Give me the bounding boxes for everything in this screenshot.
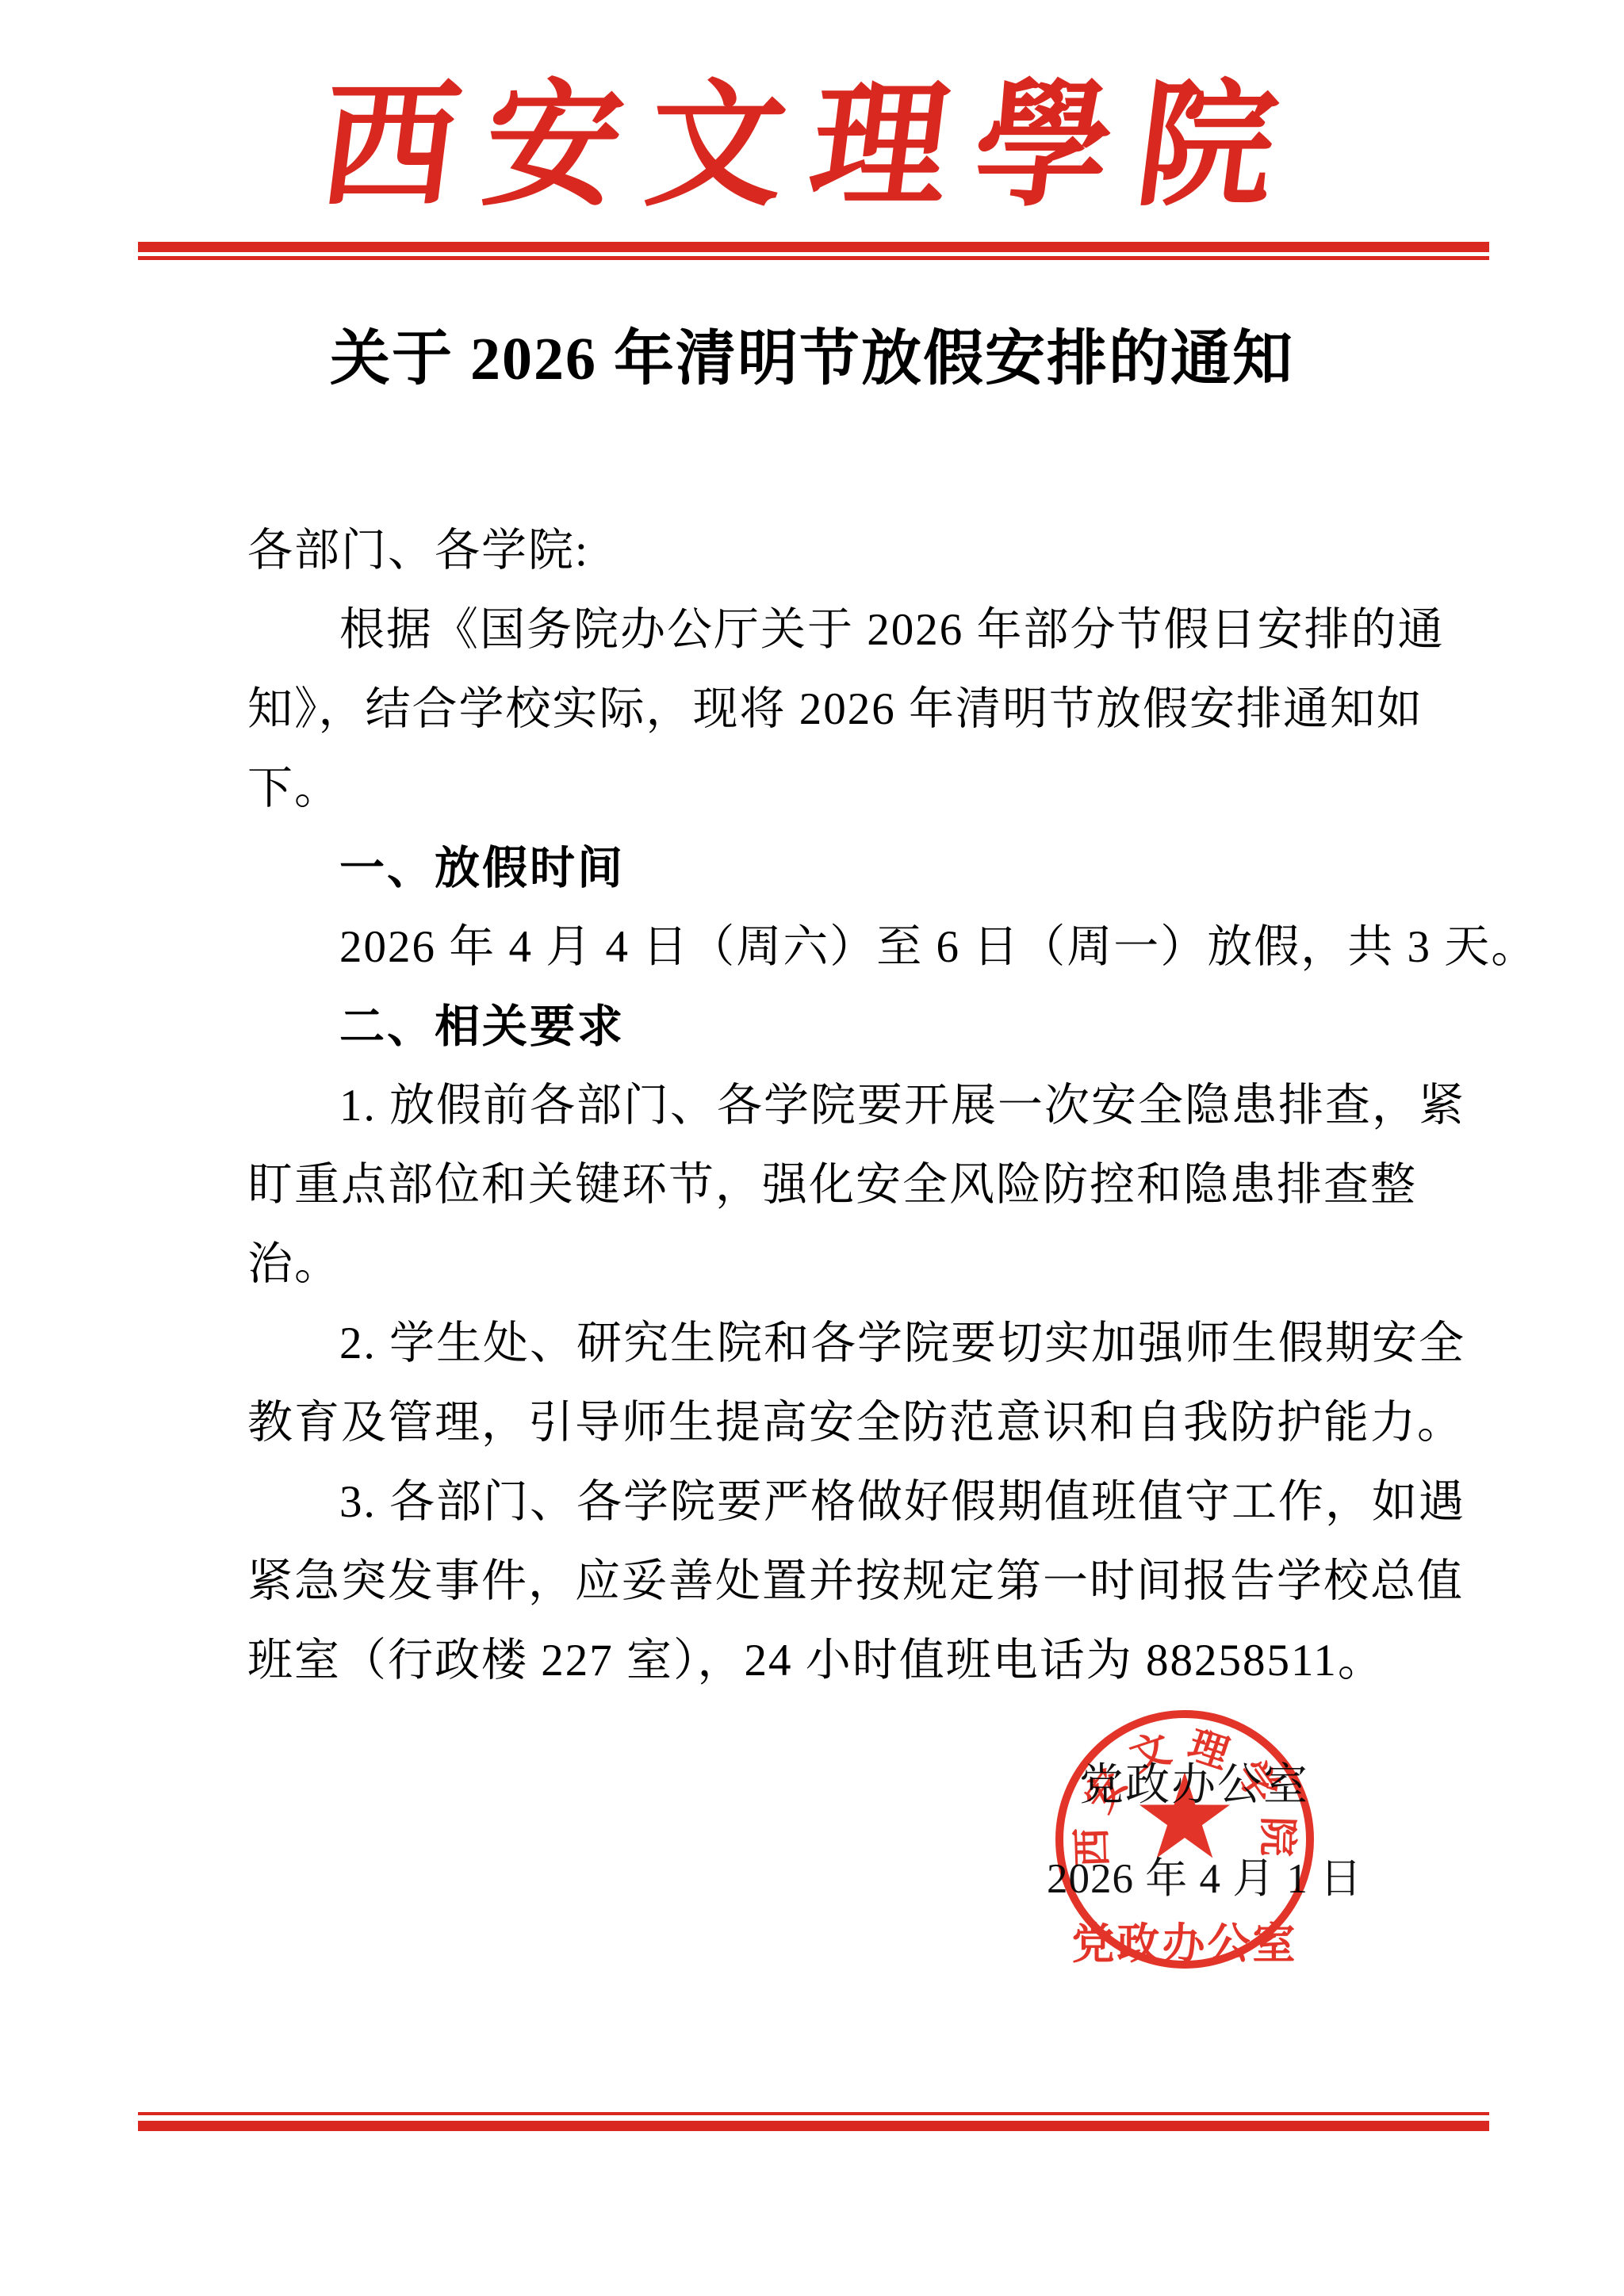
body-line: 紧急突发事件，应妥善处置并按规定第一时间报告学校总值: [247, 1542, 1381, 1621]
section-heading-1: 一、放假时间: [247, 828, 1381, 908]
notice-title: 关于 2026 年清明节放假安排的通知: [0, 316, 1624, 403]
notice-body: 各部门、各学院: 根据《国务院办公厅关于 2026 年部分节假日安排的通 知》，…: [247, 511, 1381, 1701]
body-line: 下。: [247, 749, 1381, 828]
footer-rule-thick: [138, 2121, 1489, 2131]
section-heading-2: 二、相关要求: [247, 987, 1381, 1066]
university-letterhead-calligraphy: 西安文理學院: [0, 46, 1624, 244]
body-line: 1. 放假前各部门、各学院要开展一次安全隐患排查，紧: [247, 1066, 1381, 1146]
body-line: 盯重点部位和关键环节，强化安全风险防控和隐患排查整: [247, 1146, 1381, 1225]
salutation-line: 各部门、各学院:: [247, 511, 1381, 591]
body-line: 班室（行政楼 227 室），24 小时值班电话为 88258511。: [247, 1621, 1381, 1701]
header-rule-thick: [138, 242, 1489, 252]
seal-bottom-text: 党政办公室: [1072, 1920, 1298, 1968]
body-line: 根据《国务院办公厅关于 2026 年部分节假日安排的通: [247, 591, 1381, 670]
document-page: 西安文理學院 关于 2026 年清明节放假安排的通知 各部门、各学院: 根据《国…: [0, 0, 1624, 2296]
body-line: 教育及管理，引导师生提高安全防范意识和自我防护能力。: [247, 1383, 1381, 1463]
body-line: 2026 年 4 月 4 日（周六）至 6 日（周一）放假，共 3 天。: [247, 908, 1381, 987]
footer-rule-thin: [138, 2112, 1489, 2115]
header-rule-thin: [138, 256, 1489, 260]
official-seal: 西安文理学院 党政办公室: [1042, 1697, 1327, 1982]
body-line: 3. 各部门、各学院要严格做好假期值班值守工作，如遇: [247, 1463, 1381, 1542]
seal-star-icon: [1139, 1772, 1230, 1858]
body-line: 知》，结合学校实际，现将 2026 年清明节放假安排通知如: [247, 670, 1381, 749]
body-line: 治。: [247, 1225, 1381, 1304]
body-line: 2. 学生处、研究生院和各学院要切实加强师生假期安全: [247, 1304, 1381, 1383]
